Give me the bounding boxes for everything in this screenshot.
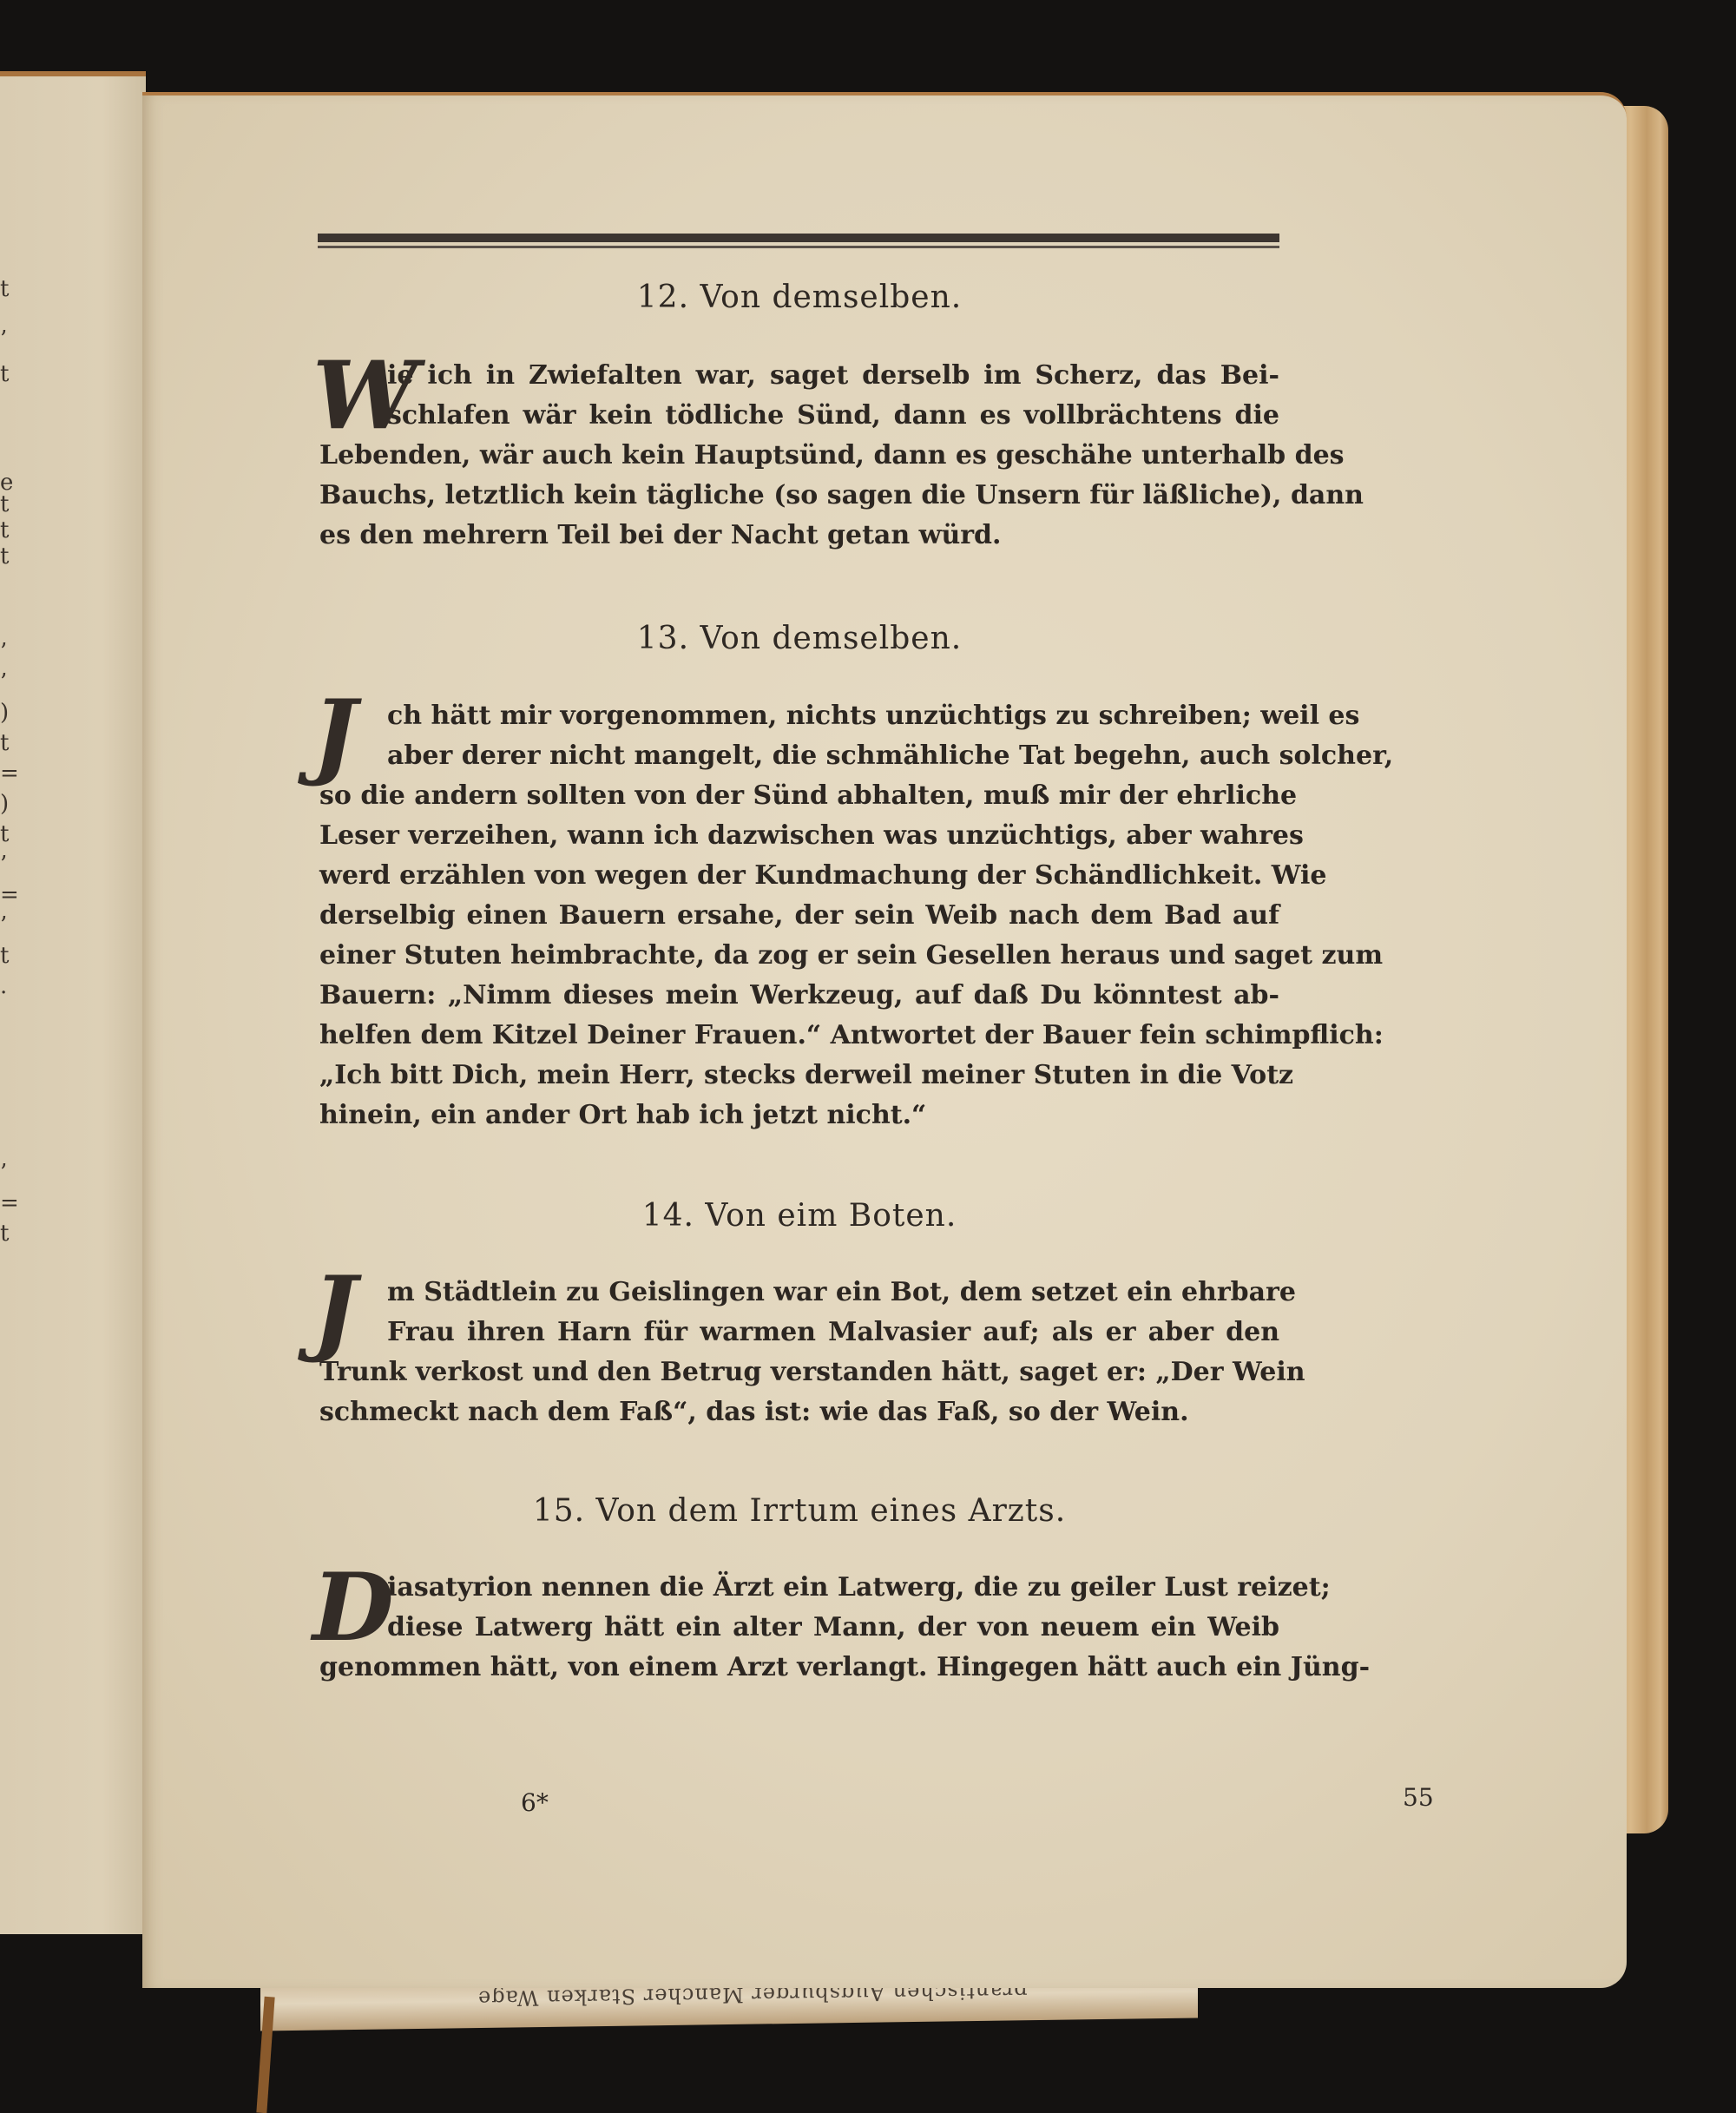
margin-glyph: t bbox=[0, 823, 9, 846]
text-line: schmeckt nach dem Faß“, das ist: wie das… bbox=[319, 1392, 1279, 1432]
section-heading-14: 14. Von eim Boten. bbox=[319, 1198, 1279, 1234]
text-line: Bauchs, letztlich kein tägliche (so sage… bbox=[319, 476, 1279, 516]
drop-cap: J bbox=[312, 1264, 357, 1358]
header-rule-thick bbox=[318, 234, 1279, 242]
text-line: ie ich in Zwiefalten war, saget derselb … bbox=[319, 356, 1279, 396]
margin-glyph: t bbox=[0, 363, 9, 385]
margin-glyph: . bbox=[0, 975, 7, 997]
margin-glyph: ) bbox=[0, 701, 9, 724]
text-line: helfen dem Kitzel Deiner Frauen.“ Antwor… bbox=[319, 1016, 1279, 1056]
margin-glyph: t bbox=[0, 493, 9, 516]
text-line: schlafen wär kein tödliche Sünd, dann es… bbox=[319, 396, 1279, 436]
section-body-13: J ch hätt mir vorgenommen, nichts unzüch… bbox=[319, 696, 1279, 1135]
margin-glyph: t bbox=[0, 519, 9, 542]
drop-cap: W bbox=[312, 349, 418, 443]
bookmark-ribbon[interactable] bbox=[256, 1997, 274, 2113]
text-line: iasatyrion nennen die Ärzt ein Latwerg, … bbox=[319, 1568, 1279, 1608]
text-line: so die andern sollten von der Sünd abhal… bbox=[319, 776, 1279, 816]
text-line: hinein, ein ander Ort hab ich jetzt nich… bbox=[319, 1096, 1279, 1135]
margin-glyph: ) bbox=[0, 793, 9, 815]
margin-glyph: t bbox=[0, 732, 9, 754]
margin-glyph: t bbox=[0, 278, 9, 300]
text-line: m Städtlein zu Geislingen war ein Bot, d… bbox=[319, 1273, 1279, 1313]
margin-glyph: = bbox=[0, 1192, 19, 1214]
text-line: genommen hätt, von einem Arzt verlangt. … bbox=[319, 1648, 1279, 1688]
book-page: 12. Von demselben. W ie ich in Zwiefalte… bbox=[142, 92, 1627, 1988]
section-body-14: J m Städtlein zu Geislingen war ein Bot,… bbox=[319, 1273, 1279, 1432]
drop-cap: J bbox=[312, 688, 357, 781]
text-line: Frau ihren Harn für warmen Malvasier auf… bbox=[319, 1313, 1279, 1353]
section-heading-12: 12. Von demselben. bbox=[319, 280, 1279, 315]
margin-glyph: ’ bbox=[0, 328, 7, 351]
text-line: Lebenden, wär auch kein Hauptsünd, dann … bbox=[319, 436, 1279, 476]
margin-glyph: = bbox=[0, 762, 19, 785]
text-line: derselbig einen Bauern ersahe, der sein … bbox=[319, 896, 1279, 936]
section-body-15: D iasatyrion nennen die Ärzt ein Latwerg… bbox=[319, 1568, 1279, 1688]
previous-page-edge: t ’ t e t t t ’ ’ ) t = ) t ’ = ’ t . ’ … bbox=[0, 71, 146, 1934]
margin-glyph: ’ bbox=[0, 1162, 7, 1184]
margin-glyph: t bbox=[0, 945, 9, 967]
text-line: Trunk verkost und den Betrug verstanden … bbox=[319, 1353, 1279, 1392]
margin-glyph: t bbox=[0, 545, 9, 568]
margin-glyph: ’ bbox=[0, 671, 7, 694]
text-line: einer Stuten heimbrachte, da zog er sein… bbox=[319, 936, 1279, 976]
header-rule-thin bbox=[318, 246, 1279, 248]
text-line: Bauern: „Nimm dieses mein Werkzeug, auf … bbox=[319, 976, 1279, 1016]
section-heading-15: 15. Von dem Irrtum eines Arzts. bbox=[319, 1493, 1279, 1529]
text-line: ch hätt mir vorgenommen, nichts unzüchti… bbox=[319, 696, 1279, 736]
text-line: Leser verzeihen, wann ich dazwischen was… bbox=[319, 816, 1279, 856]
margin-glyph: ’ bbox=[0, 641, 7, 663]
page-number: 55 bbox=[1403, 1783, 1434, 1812]
section-heading-13: 13. Von demselben. bbox=[319, 621, 1279, 656]
margin-glyph: t bbox=[0, 1222, 9, 1245]
signature-mark: 6* bbox=[521, 1788, 549, 1817]
drop-cap: D bbox=[312, 1561, 394, 1655]
text-line: aber derer nicht mangelt, die schmählich… bbox=[319, 736, 1279, 776]
text-line: „Ich bitt Dich, mein Herr, stecks derwei… bbox=[319, 1056, 1279, 1096]
text-line: es den mehrern Teil bei der Nacht getan … bbox=[319, 516, 1279, 556]
section-body-12: W ie ich in Zwiefalten war, saget dersel… bbox=[319, 356, 1279, 556]
text-line: werd erzählen von wegen der Kundmachung … bbox=[319, 856, 1279, 896]
margin-glyph: ’ bbox=[0, 853, 7, 876]
margin-glyph: = bbox=[0, 884, 19, 906]
text-line: diese Latwerg hätt ein alter Mann, der v… bbox=[319, 1608, 1279, 1648]
margin-glyph: ’ bbox=[0, 914, 7, 937]
